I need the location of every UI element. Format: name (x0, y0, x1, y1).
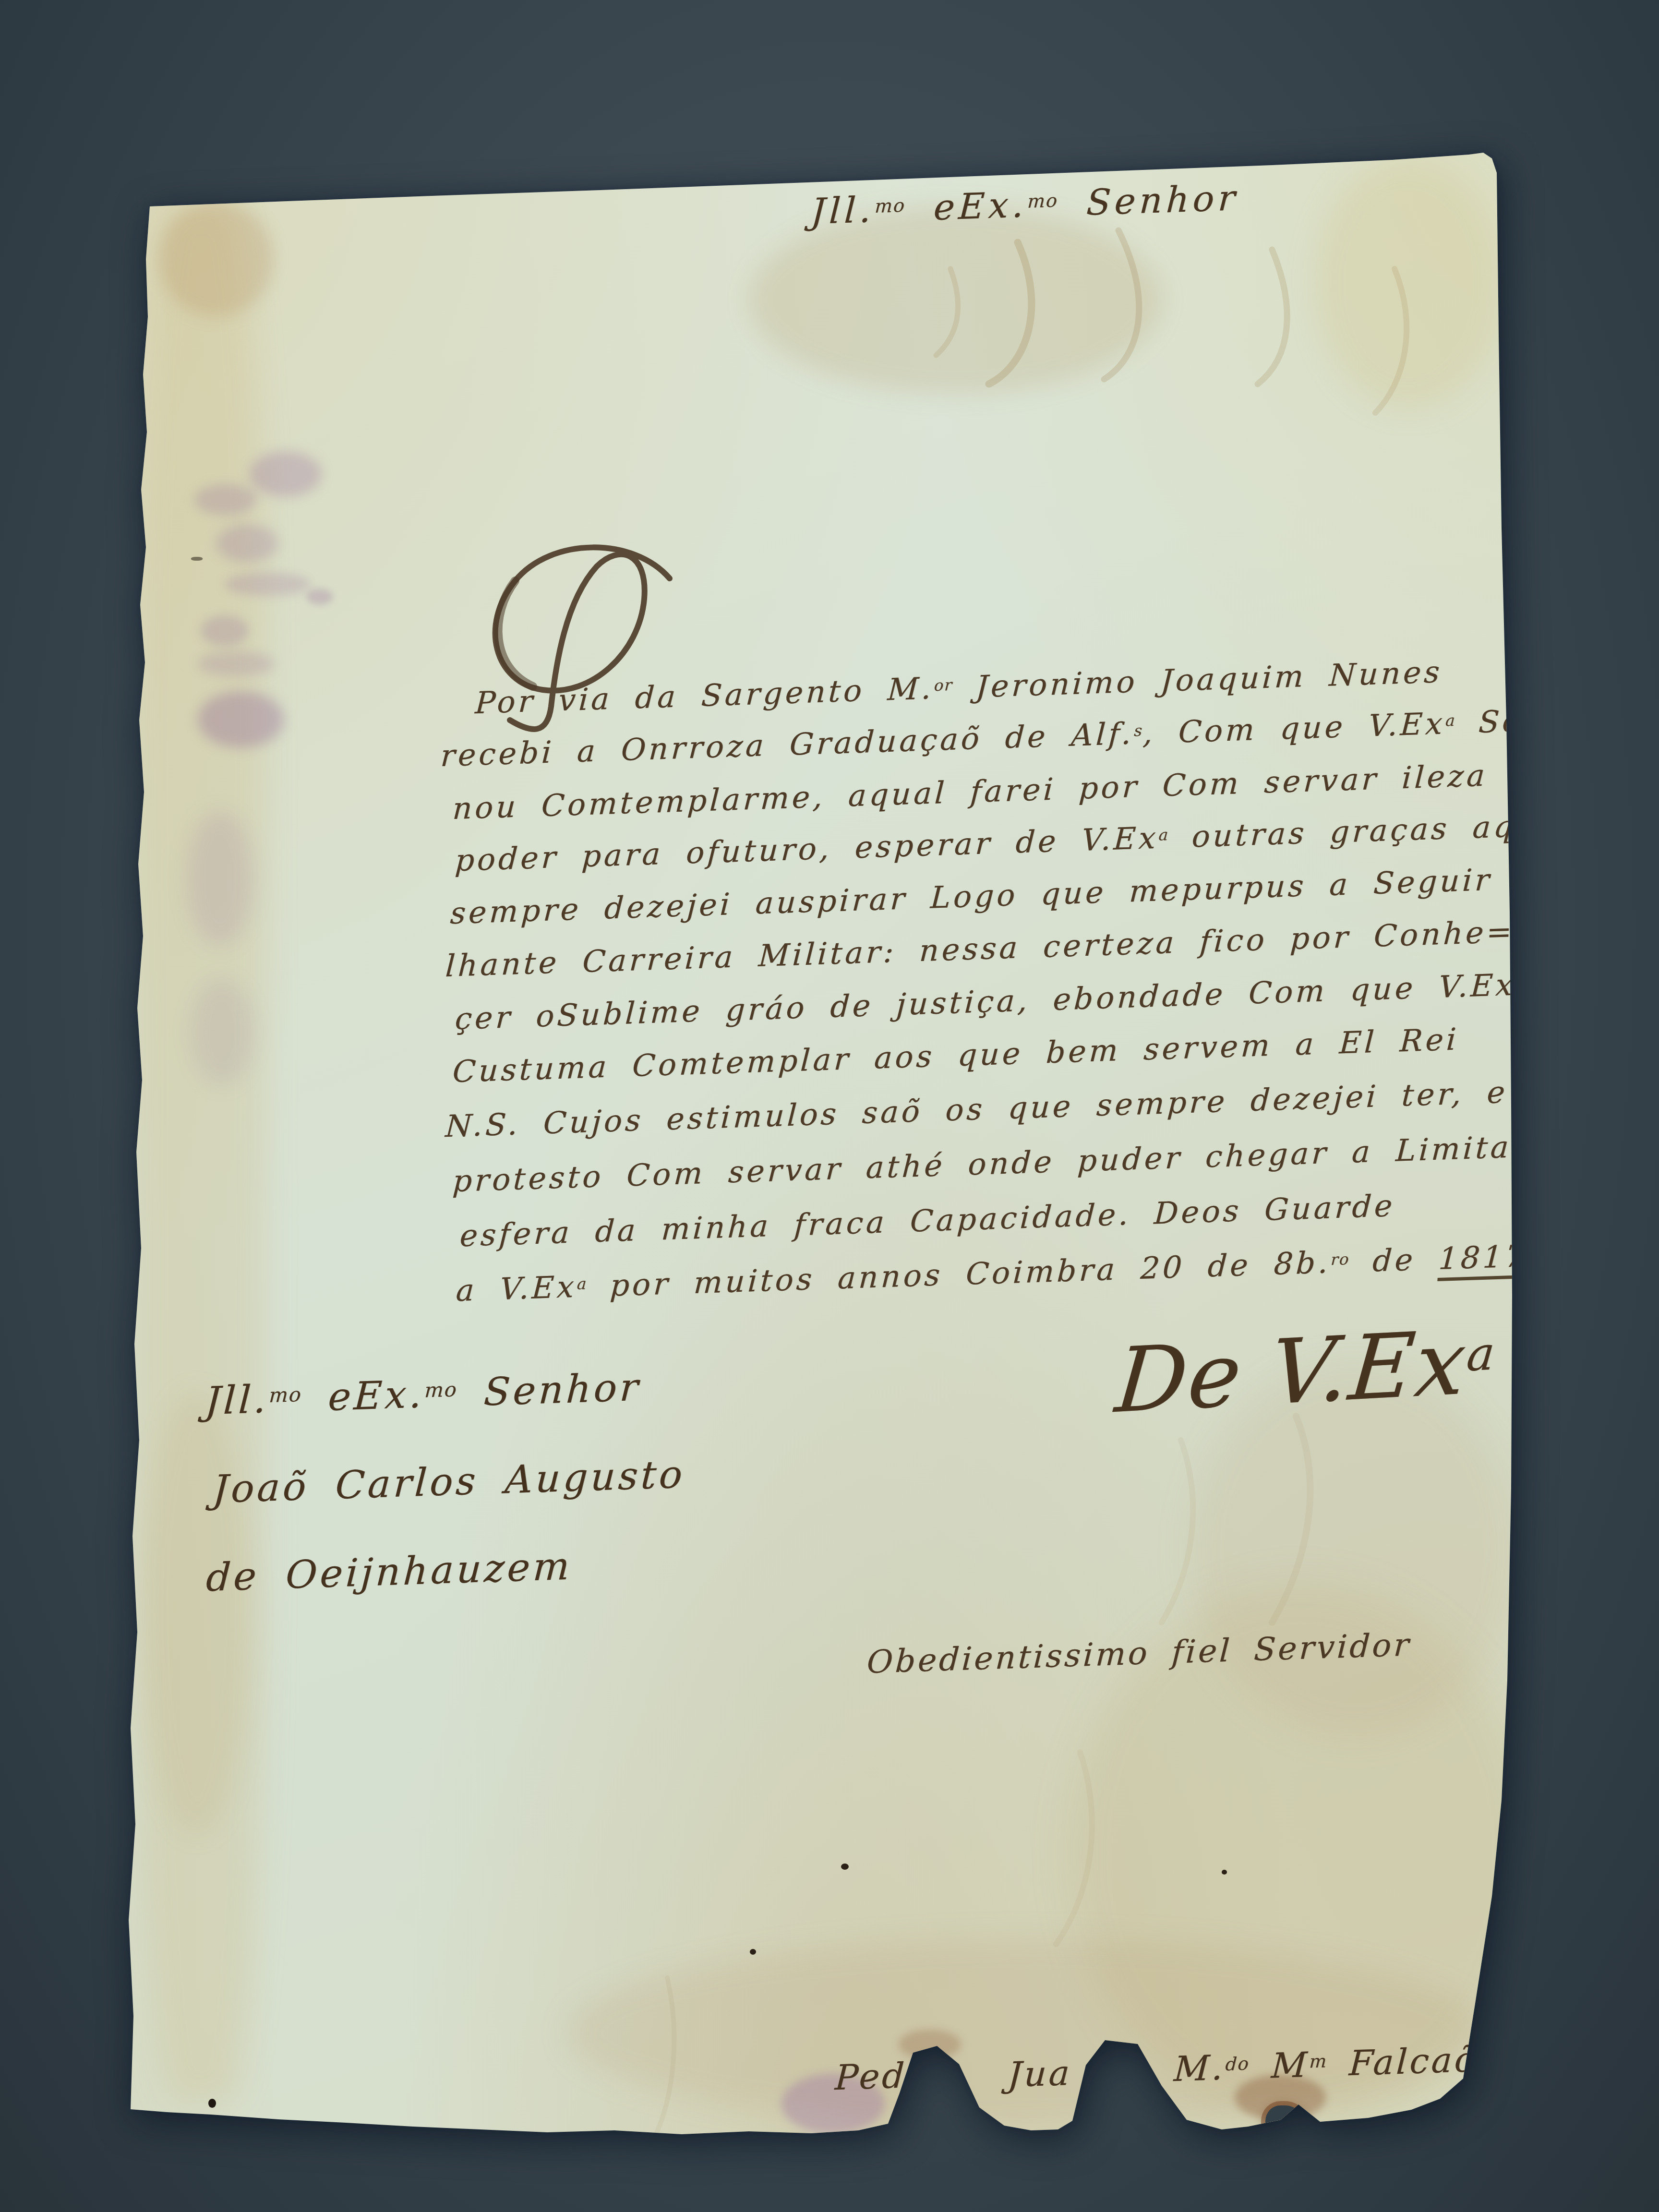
ink-speck-1 (841, 1863, 849, 1870)
photo-backdrop: Jll.mo eEx.mo Senhor Por via da Sargento… (0, 0, 1659, 2212)
ink-speck-2 (1222, 1870, 1227, 1875)
ink-speck-4 (208, 2099, 216, 2108)
ink-speck-3 (750, 1949, 756, 1955)
signature-fragment-1: Pedro (834, 2054, 950, 2098)
paper-shadow: Jll.mo eEx.mo Senhor Por via da Sargento… (0, 0, 1659, 2212)
letter-page: Jll.mo eEx.mo Senhor Por via da Sargento… (0, 0, 1659, 2212)
closing-salute: De V.Exa (1112, 1309, 1499, 1433)
screenshot-root: { "scene": { "description": "aged handwr… (0, 0, 1659, 2212)
torn-hole (1265, 2105, 1306, 2148)
ink-speck-5 (191, 557, 203, 561)
signature-fragment-2: Jua (1007, 2053, 1073, 2095)
